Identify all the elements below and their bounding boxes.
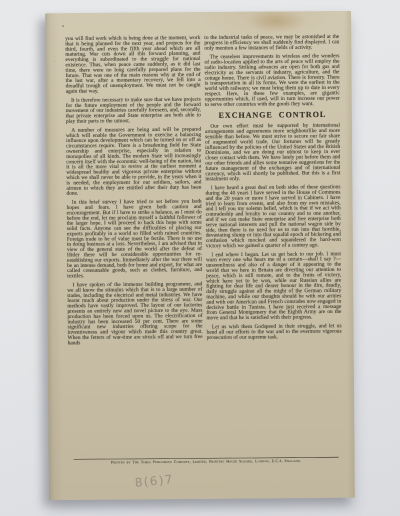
left-column: you will find work which is being done a… xyxy=(65,35,202,349)
page-content: you will find work which is being done a… xyxy=(45,11,355,500)
document-page: you will find work which is being done a… xyxy=(45,11,355,500)
paragraph: The ceaseless improvements in wireless a… xyxy=(204,53,339,107)
paragraph: I have spoken of the immense building pr… xyxy=(67,281,202,345)
paragraph: you will find work which is being done a… xyxy=(65,35,200,94)
paragraph: In this brief survey I have tried to set… xyxy=(67,199,203,279)
handwritten-note: 8(6)7 xyxy=(134,473,174,490)
imprint-footer: Printed by The Times Publishing Company,… xyxy=(74,457,339,465)
imprint-text: Printed by The Times Publishing Company,… xyxy=(74,459,339,465)
paragraph: Our own effort must be supported by inte… xyxy=(205,123,340,182)
paragraph: Let us wish them Godspeed in their strug… xyxy=(207,323,342,340)
photo-background: you will find work which is being done a… xyxy=(0,0,400,516)
section-heading: EXCHANGE CONTROL xyxy=(205,110,340,120)
paragraph: I have heard a great deal on both sides … xyxy=(205,184,340,248)
right-column: to the industrial tasks of peace, we may… xyxy=(204,34,341,344)
paragraph: A number of measures are being and will … xyxy=(66,127,202,197)
paragraph: It is therefore necessary to make sure t… xyxy=(66,97,201,124)
paragraph: I end where I began. Let us get back to … xyxy=(206,251,342,321)
paragraph: to the industrial tasks of peace, we may… xyxy=(204,34,339,51)
